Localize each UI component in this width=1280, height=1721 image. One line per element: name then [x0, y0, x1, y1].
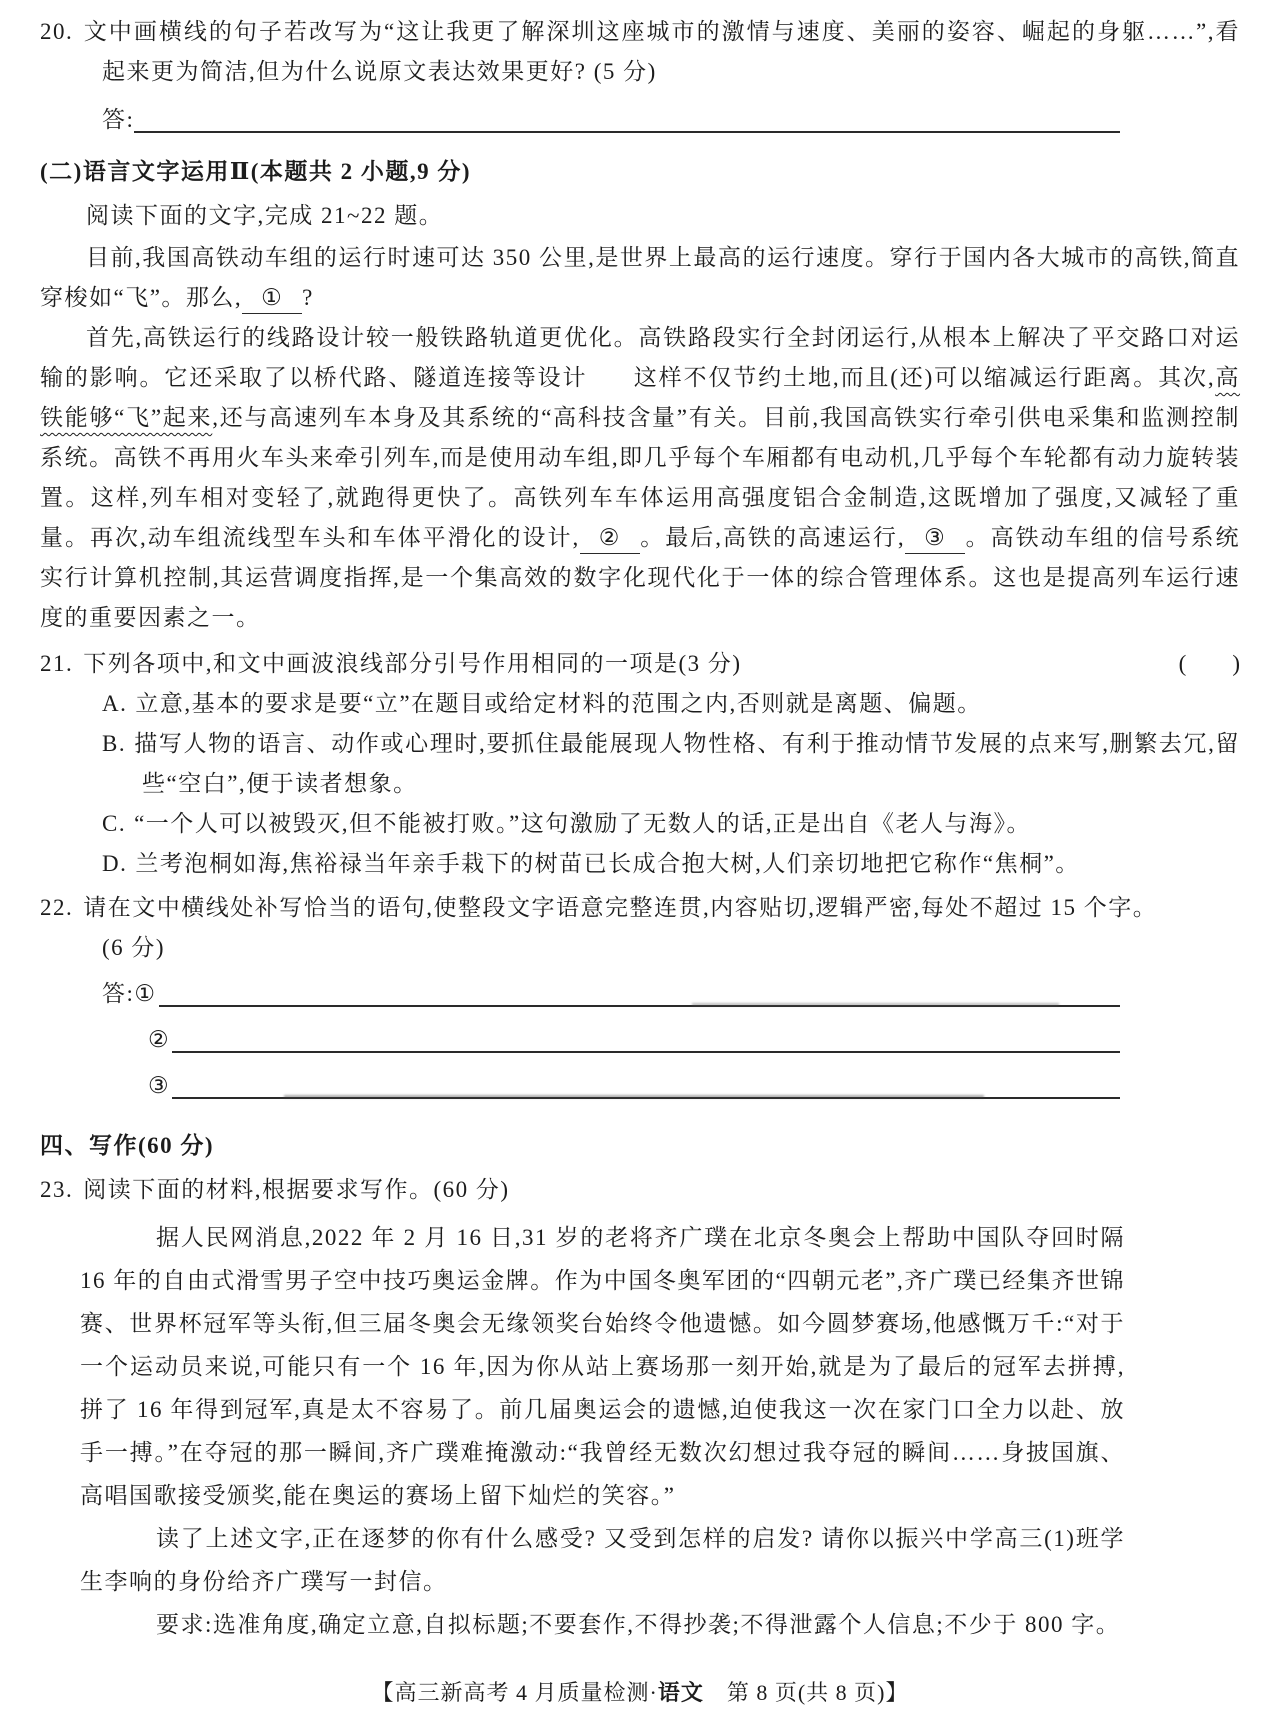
passage-paragraph-2: 首先,高铁运行的线路设计较一般铁路轨道更优化。高铁路段实行全封闭运行,从根本上解…	[40, 318, 1240, 638]
answer-blank-line-2	[172, 1014, 1120, 1060]
option-c-text: “一个人可以被毁灭,但不能被打败。”这句激励了无数人的话,正是出自《老人与海》。	[134, 811, 1031, 836]
passage-intro: 阅读下面的文字,完成 21~22 题。	[40, 196, 1240, 236]
circled-number-2: ②	[148, 1020, 170, 1060]
option-d: D.兰考泡桐如海,焦裕禄当年亲手栽下的树苗已长成合抱大树,人们亲切地把它称作“焦…	[102, 844, 1240, 884]
material-paragraph-3: 要求:选准角度,确定立意,自拟标题;不要套作,不得抄袭;不得泄露个人信息;不少于…	[80, 1603, 1125, 1646]
question-22-text: 请在文中横线处补写恰当的语句,使整段文字语意完整连贯,内容贴切,逻辑严密,每处不…	[83, 895, 1157, 920]
section-4-heading: 四、写作(60 分)	[40, 1126, 1240, 1166]
answer-label: 答:	[102, 974, 134, 1014]
fill-blank-3: ③	[905, 523, 965, 554]
circled-number-1: ①	[134, 974, 156, 1014]
option-b-text: 描写人物的语言、动作或心理时,要抓住最能展现人物性格、有利于推动情节发展的点来写…	[134, 731, 1240, 796]
question-21-number: 21.	[40, 651, 73, 676]
option-a-text: 立意,基本的要求是要“立”在题目或给定材料的范围之内,否则就是离题、偏题。	[135, 691, 981, 716]
material-paragraph-1: 据人民网消息,2022 年 2 月 16 日,31 岁的老将齐广璞在北京冬奥会上…	[80, 1216, 1125, 1517]
exam-page: 20.文中画横线的句子若改写为“这让我更了解深圳这座城市的激情与速度、美丽的姿容…	[0, 0, 1280, 1721]
passage-text: 这样不仅节约土地,而且(还)可以缩减运行距离。其次,	[633, 365, 1215, 390]
question-20-stem: 20.文中画横线的句子若改写为“这让我更了解深圳这座城市的激情与速度、美丽的姿容…	[40, 12, 1240, 92]
footer-exam-title: 【高三新高考 4 月质量检测·	[372, 1680, 658, 1705]
question-23-number: 23.	[40, 1177, 73, 1202]
question-20-number: 20.	[40, 19, 73, 44]
section-2-heading: (二)语言文字运用Ⅱ(本题共 2 小题,9 分)	[40, 152, 1240, 192]
answer-blank-line-1	[159, 968, 1120, 1014]
print-artifact	[692, 1003, 1058, 1006]
answer-label: 答:	[102, 100, 134, 140]
circled-number-3: ③	[924, 525, 946, 550]
option-c-label: C.	[102, 811, 126, 836]
question-22-stem: 22.请在文中横线处补写恰当的语句,使整段文字语意完整连贯,内容贴切,逻辑严密,…	[40, 888, 1240, 928]
answer-brackets: ( )	[1179, 644, 1240, 684]
question-20-text: 文中画横线的句子若改写为“这让我更了解深圳这座城市的激情与速度、美丽的姿容、崛起…	[83, 19, 1240, 84]
question-22-answer-row-3: ③	[148, 1060, 1120, 1106]
footer-subject: 语文	[658, 1680, 704, 1705]
option-b: B.描写人物的语言、动作或心理时,要抓住最能展现人物性格、有利于推动情节发展的点…	[102, 724, 1240, 804]
question-22-answer-row-2: ②	[148, 1014, 1120, 1060]
circled-number-2: ②	[599, 525, 621, 550]
question-21-stem: 21.下列各项中,和文中画波浪线部分引号作用相同的一项是(3 分)	[40, 644, 1163, 684]
print-artifact	[284, 1095, 984, 1098]
circled-number-3: ③	[148, 1066, 170, 1106]
page-footer: 【高三新高考 4 月质量检测·语文 第 8 页(共 8 页)】	[0, 1673, 1280, 1713]
option-d-label: D.	[102, 851, 127, 876]
answer-blank-line	[134, 96, 1120, 140]
question-23-text: 阅读下面的材料,根据要求写作。(60 分)	[83, 1177, 509, 1202]
question-21-row: 21.下列各项中,和文中画波浪线部分引号作用相同的一项是(3 分) ( )	[40, 644, 1240, 684]
passage-text: 目前,我国高铁动车组的运行时速可达 350 公里,是世界上最高的运行速度。穿行于…	[40, 245, 1240, 310]
option-a-label: A.	[102, 691, 127, 716]
passage-text: ?	[302, 285, 314, 310]
footer-page-number: 第 8 页(共 8 页)】	[704, 1680, 909, 1705]
question-22-score: (6 分)	[102, 928, 1240, 968]
answer-blank-line-3	[172, 1060, 1120, 1106]
question-23-stem: 23.阅读下面的材料,根据要求写作。(60 分)	[40, 1170, 1240, 1210]
circled-number-1: ①	[261, 285, 283, 310]
question-20-answer-row: 答:	[102, 96, 1120, 140]
passage-paragraph-1: 目前,我国高铁动车组的运行时速可达 350 公里,是世界上最高的运行速度。穿行于…	[40, 238, 1240, 318]
question-21-text: 下列各项中,和文中画波浪线部分引号作用相同的一项是(3 分)	[83, 651, 741, 676]
passage-text: 。最后,高铁的高速运行,	[640, 525, 905, 550]
fill-blank-2: ②	[580, 523, 640, 554]
option-c: C.“一个人可以被毁灭,但不能被打败。”这句激励了无数人的话,正是出自《老人与海…	[102, 804, 1240, 844]
option-d-text: 兰考泡桐如海,焦裕禄当年亲手栽下的树苗已长成合抱大树,人们亲切地把它称作“焦桐”…	[135, 851, 1079, 876]
question-22-answer-row-1: 答: ①	[102, 968, 1120, 1014]
material-paragraph-2: 读了上述文字,正在逐梦的你有什么感受? 又受到怎样的启发? 请你以振兴中学高三(…	[80, 1517, 1125, 1603]
question-22-number: 22.	[40, 895, 73, 920]
option-a: A.立意,基本的要求是要“立”在题目或给定材料的范围之内,否则就是离题、偏题。	[102, 684, 1240, 724]
option-b-label: B.	[102, 731, 126, 756]
fill-blank-1: ①	[242, 283, 302, 314]
